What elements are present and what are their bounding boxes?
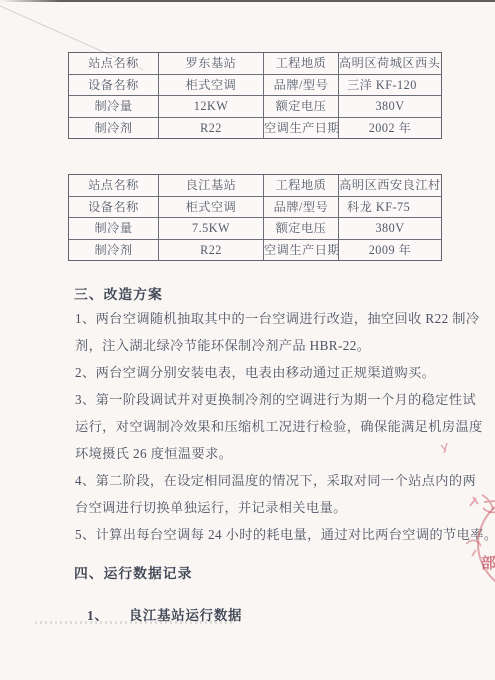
table-cell: 设备名称: [69, 196, 158, 218]
table-cell: 制冷量: [69, 217, 158, 239]
table-cell: 制冷量: [69, 95, 158, 117]
scanned-document-page: 站点名称 罗东基站 工程地质 高明区荷城区西头村 设备名称 柜式空调 品牌/型号…: [0, 0, 495, 680]
body-line: 3、第一阶段调试并对更换制冷剂的空调进行为期一个月的稳定性试: [75, 386, 465, 413]
table-cell: 额定电压: [263, 217, 338, 239]
table-cell: 品牌/型号: [263, 196, 338, 218]
section-heading-run-data-record: 四、运行数据记录: [74, 565, 192, 583]
body-line: 4、第二阶段，在设定相同温度的情况下，采取对同一个站点内的两: [75, 467, 465, 494]
table-cell: 良江基站: [158, 175, 263, 196]
table-cell: 空调生产日期: [263, 117, 338, 139]
renovation-plan-body: 1、两台空调随机抽取其中的一台空调进行改造，抽空回收 R22 制冷 剂，注入湖北…: [75, 305, 465, 548]
body-line: 1、两台空调随机抽取其中的一台空调进行改造，抽空回收 R22 制冷: [75, 305, 465, 332]
body-line: 环境摄氏 26 度恒温要求。: [75, 440, 465, 467]
table-cell: 高明区西安良江村: [338, 175, 441, 196]
table-cell: 额定电压: [263, 95, 338, 117]
table-cell: 制冷剂: [69, 117, 158, 139]
table-cell: 7.5KW: [158, 217, 263, 239]
table-cell: 工程地质: [263, 175, 338, 196]
table-cell: R22: [158, 239, 263, 261]
body-line: 5、计算出每台空调每 24 小时的耗电量，通过对比两台空调的节电率。: [75, 521, 465, 548]
table-cell: 高明区荷城区西头村: [338, 53, 441, 74]
section-heading-renovation-plan: 三、改造方案: [74, 286, 163, 304]
scan-edge-artifact: [0, 0, 495, 2]
red-seal-partial-strokes: [462, 492, 495, 562]
site-table-luodong: 站点名称 罗东基站 工程地质 高明区荷城区西头村 设备名称 柜式空调 品牌/型号…: [68, 52, 442, 139]
table-cell: 站点名称: [69, 53, 158, 74]
table-cell: 空调生产日期: [263, 239, 338, 261]
table-cell: 柜式空调: [158, 196, 263, 218]
red-mark-artifact: [439, 441, 451, 455]
body-line: 剂，注入湖北绿冷节能环保制冷剂产品 HBR-22。: [75, 332, 465, 359]
body-line: 台空调进行切换单独运行，并记录相关电量。: [75, 494, 465, 521]
table-cell: 380V: [338, 217, 441, 239]
table-cell: 设备名称: [69, 74, 158, 96]
table-cell: 12KW: [158, 95, 263, 117]
table-cell: 柜式空调: [158, 74, 263, 96]
table-cell: 工程地质: [263, 53, 338, 74]
body-line: 运行，对空调制冷效果和压缩机工况进行检验，确保能满足机房温度: [75, 413, 465, 440]
table-cell: 科龙 KF-75: [338, 196, 441, 218]
scan-smudge-artifact: [35, 621, 233, 624]
table-cell: 制冷剂: [69, 239, 158, 261]
table-cell: 三洋 KF-120: [338, 74, 441, 96]
table-cell: R22: [158, 117, 263, 139]
table-cell: 380V: [338, 95, 441, 117]
site-table-liangjiang: 站点名称 良江基站 工程地质 高明区西安良江村 设备名称 柜式空调 品牌/型号 …: [68, 174, 442, 261]
table-cell: 站点名称: [69, 175, 158, 196]
table-cell: 2009 年: [338, 239, 441, 261]
table-cell: 罗东基站: [158, 53, 263, 74]
table-cell: 品牌/型号: [263, 74, 338, 96]
body-line: 2、两台空调分别安装电表，电表由移动通过正规渠道购买。: [75, 359, 465, 386]
table-cell: 2002 年: [338, 117, 441, 139]
